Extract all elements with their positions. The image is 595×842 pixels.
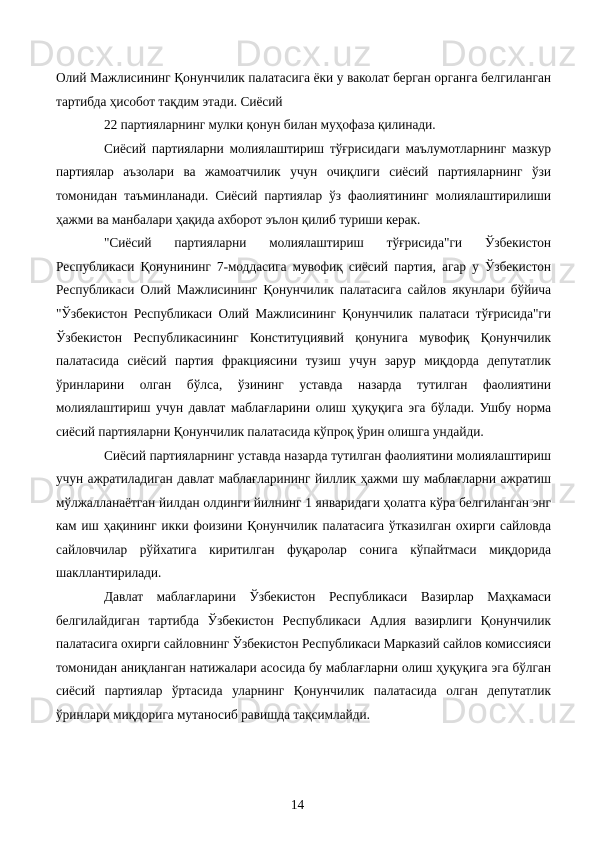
page-number: 14 (0, 797, 595, 813)
document-page: Олий Мажлисининг Қонунчилик палатасига ё… (56, 66, 551, 727)
paragraph-3: Сиёсий партияларни молиялаштириш тўғриси… (56, 137, 551, 231)
paragraph-4: "Сиёсий партияларни молиялаштириш тўғрис… (56, 231, 551, 443)
paragraph-5: Сиёсий партияларнинг уставда назарда тут… (56, 444, 551, 586)
paragraph-1: Олий Мажлисининг Қонунчилик палатасига ё… (56, 66, 551, 113)
paragraph-2: 22 партияларнинг мулки қонун билан муҳоф… (56, 113, 551, 137)
paragraph-6: Давлат маблағларини Ўзбекистон Республик… (56, 585, 551, 727)
